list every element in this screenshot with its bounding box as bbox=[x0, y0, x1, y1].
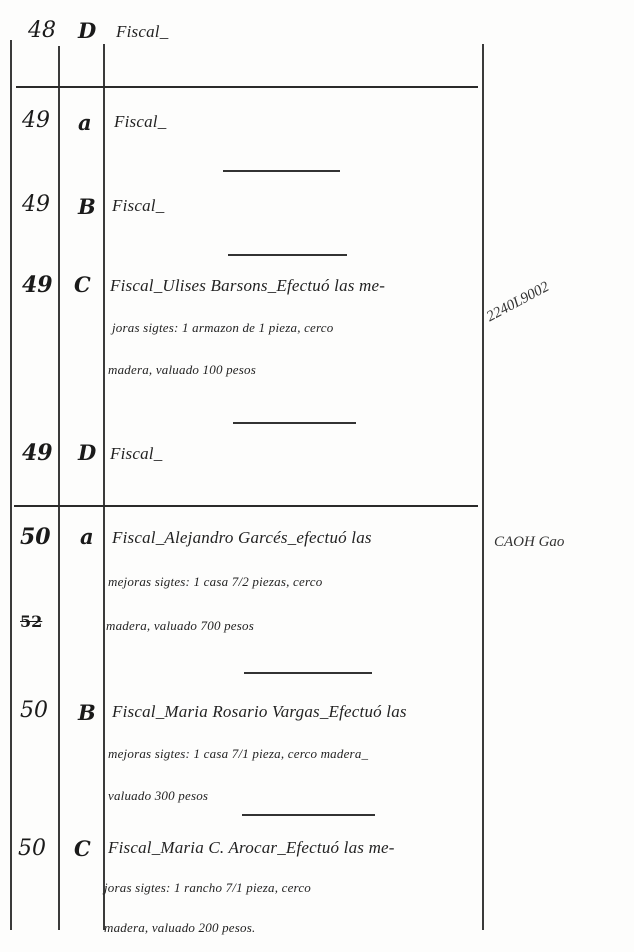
entry-number: 48 bbox=[28, 18, 56, 43]
entry-separator bbox=[244, 672, 372, 674]
section-rule-49 bbox=[14, 505, 478, 507]
entry-text: Fiscal_ bbox=[112, 196, 164, 216]
entry-text: Fiscal_ bbox=[116, 22, 168, 42]
entry-text: mejoras sigtes: 1 casa 7/1 pieza, cerco … bbox=[108, 746, 368, 762]
entry-letter: B bbox=[78, 194, 96, 219]
entry-text: Fiscal_Ulises Barsons_Efectuó las me- bbox=[110, 276, 385, 296]
entry-number: 49 bbox=[22, 192, 50, 217]
entry-text: joras sigtes: 1 armazon de 1 pieza, cerc… bbox=[112, 320, 333, 336]
entry-letter: D bbox=[78, 18, 96, 43]
entry-number: 50 bbox=[20, 524, 51, 550]
entry-separator bbox=[223, 170, 340, 172]
margin-note: CAOH Gao bbox=[494, 534, 564, 551]
entry-text: valuado 300 pesos bbox=[108, 788, 208, 804]
entry-letter: C bbox=[74, 272, 91, 297]
entry-separator bbox=[242, 814, 375, 816]
entry-separator bbox=[233, 422, 356, 424]
entry-letter: C bbox=[74, 836, 91, 861]
column-rule-number bbox=[58, 46, 60, 930]
entry-letter: B bbox=[78, 700, 96, 725]
entry-number: 49 bbox=[22, 440, 53, 466]
entry-letter: a bbox=[80, 524, 94, 549]
ledger-page: 48 D Fiscal_ 49 a Fiscal_ 49 B Fiscal_ 4… bbox=[0, 0, 634, 952]
entry-text: madera, valuado 200 pesos. bbox=[104, 920, 255, 936]
entry-text: Fiscal_ bbox=[110, 444, 162, 464]
entry-number: 50 bbox=[20, 698, 48, 723]
entry-text: Fiscal_ bbox=[114, 112, 166, 132]
entry-number: 49 bbox=[22, 272, 53, 298]
entry-text: mejoras sigtes: 1 casa 7/2 piezas, cerco bbox=[108, 574, 322, 590]
entry-text: madera, valuado 100 pesos bbox=[108, 362, 256, 378]
struck-number: 52 bbox=[20, 612, 42, 631]
entry-text: Fiscal_Maria Rosario Vargas_Efectuó las bbox=[112, 702, 407, 722]
entry-separator bbox=[228, 254, 347, 256]
entry-number: 49 bbox=[22, 108, 50, 133]
column-rule-letter bbox=[103, 44, 105, 930]
entry-letter: a bbox=[78, 110, 92, 135]
entry-text: Fiscal_Alejandro Garcés_efectuó las bbox=[112, 528, 372, 548]
entry-text: Fiscal_Maria C. Arocar_Efectuó las me- bbox=[108, 838, 395, 858]
column-rule-right bbox=[482, 44, 484, 930]
section-rule-48 bbox=[16, 86, 478, 88]
entry-text: joras sigtes: 1 rancho 7/1 pieza, cerco bbox=[104, 880, 311, 896]
entry-text: madera, valuado 700 pesos bbox=[106, 618, 254, 634]
column-rule-left bbox=[10, 40, 12, 930]
margin-note: 2240L9002 bbox=[484, 279, 552, 326]
entry-number: 50 bbox=[18, 836, 46, 861]
entry-letter: D bbox=[78, 440, 96, 465]
